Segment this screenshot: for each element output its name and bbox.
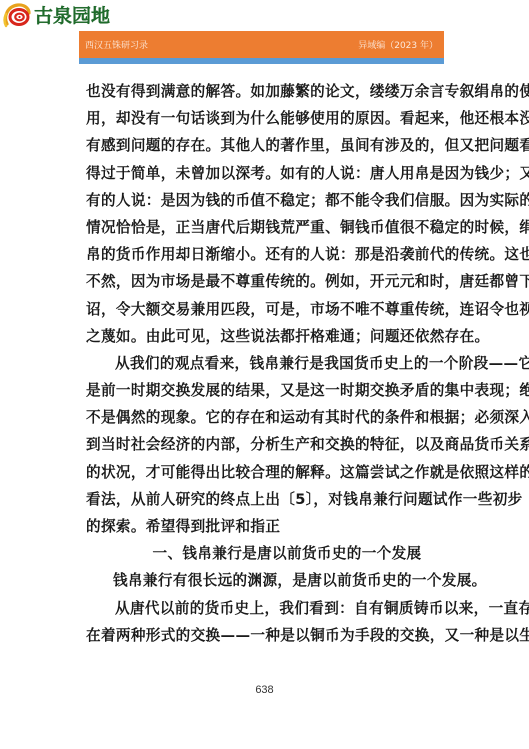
text-line: 到当时社会经济的内部，分析生产和交换的特征，以及商品货币关系: [86, 431, 448, 458]
text-line: 是前一时期交换发展的结果，又是这一时期交换矛盾的集中表现；绝: [86, 377, 448, 404]
text-line: 得过于简单，未曾加以深考。如有的人说：唐人用帛是因为钱少；又: [86, 160, 448, 187]
text-line: 看法，从前人研究的终点上出〔5〕，对钱帛兼行问题试作一些初步: [86, 486, 448, 513]
paragraph-start-line: 从唐代以前的货币史上，我们看到：自有铜质铸币以来，一直存: [86, 595, 448, 622]
text-line: 有感到问题的存在。其他人的著作里，虽间有涉及的，但又把问题看: [86, 132, 448, 159]
section-heading: 一、钱帛兼行是唐以前货币史的一个发展: [86, 540, 448, 567]
section-lead-line: 钱帛兼行有很长远的渊源，是唐以前货币史的一个发展。: [86, 567, 448, 594]
logo-text: 古泉园地: [34, 2, 110, 30]
text-line: 有的人说：是因为钱的币值不稳定；都不能令我们信服。因为实际的: [86, 187, 448, 214]
text-line: 的探索。希望得到批评和指正: [86, 513, 448, 540]
text-line: 诏，令大额交易兼用匹段，可是，市场不唯不尊重传统，连诏令也视: [86, 296, 448, 323]
text-line: 之蔑如。由此可见，这些说法都扞格难通；问题还依然存在。: [86, 323, 448, 350]
swirl-logo-icon: [2, 2, 32, 30]
text-line: 不是偶然的现象。它的存在和运动有其时代的条件和根据；必须深入: [86, 404, 448, 431]
running-header: 西汉五铢研习录 异域编（2023 年）: [79, 31, 444, 58]
text-line: 用，却没有一句话谈到为什么能够使用的原因。看起来，他还根本没: [86, 105, 448, 132]
site-logo[interactable]: 古泉园地: [2, 2, 110, 30]
paragraph-start-line: 从我们的观点看来，钱帛兼行是我国货币史上的一个阶段——它: [86, 350, 448, 377]
header-accent-stripe: [79, 58, 444, 64]
page-number: 638: [0, 684, 529, 696]
text-line: 不然，因为市场是最不尊重传统的。例如，开元元和时，唐廷都曾下: [86, 268, 448, 295]
document-body: 也没有得到满意的解答。如加藤繁的论文，缕缕万余言专叙绢帛的使 用，却没有一句话谈…: [86, 78, 448, 649]
text-line: 在着两种形式的交换——一种是以铜币为手段的交换，又一种是以生: [86, 622, 448, 649]
text-line: 帛的货币作用却日渐缩小。还有的人说：那是沿袭前代的传统。这也: [86, 241, 448, 268]
text-line: 的状况，才可能得出比较合理的解释。这篇尝试之作就是依照这样的: [86, 459, 448, 486]
text-line: 情况恰恰是，正当唐代后期钱荒严重、铜钱币值很不稳定的时候，绢: [86, 214, 448, 241]
header-section-title: 异域编（2023 年）: [358, 38, 438, 51]
text-line: 也没有得到满意的解答。如加藤繁的论文，缕缕万余言专叙绢帛的使: [86, 78, 448, 105]
header-book-title: 西汉五铢研习录: [85, 38, 148, 51]
